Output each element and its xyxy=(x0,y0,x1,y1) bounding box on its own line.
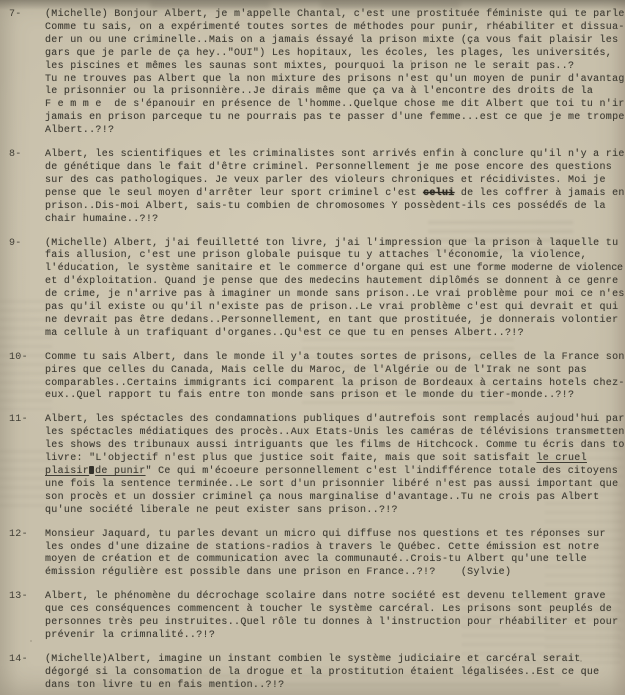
text-segment: Comme tu sais Albert, dans le monde il y… xyxy=(45,352,625,363)
scanned-document: { "page": { "background_color": "#c8c0ab… xyxy=(0,0,625,695)
text-segment: de les coffrer à jamais en xyxy=(455,188,625,199)
text-segment: der un ou une criminelle..Mais on a jama… xyxy=(45,35,618,46)
text-segment: comparables..Certains immigrants ici com… xyxy=(45,378,625,389)
question-line: Albert..?!? xyxy=(45,125,625,138)
question-line: qu'une société liberale ne peut exister … xyxy=(45,505,625,518)
text-segment: sur des cas pathologiques. Je veux parle… xyxy=(45,175,606,186)
question-line: Albert, le phénomène du décrochage scola… xyxy=(45,591,625,604)
question-text: Albert, le phénomène du décrochage scola… xyxy=(45,591,625,643)
document-page: 7-(Michelle) Bonjour Albert, je m'appell… xyxy=(0,0,625,695)
text-segment: Tu ne trouves pas Albert que la non mixt… xyxy=(45,74,625,85)
question-line: ne devrait pas être dedans..Personnellem… xyxy=(45,315,625,328)
ink-smudge xyxy=(89,466,94,474)
question-line: Comme tu sais Albert, dans le monde il y… xyxy=(45,352,625,365)
question-line: fais allusion, c'est une prison globale … xyxy=(45,250,625,263)
question-line: son procès et un dossier criminel ça nou… xyxy=(45,492,625,505)
question-item: 12-Monsieur Jaquard, tu parles devant un… xyxy=(0,529,625,581)
question-number: 9- xyxy=(0,238,45,341)
question-item: 14-(Michelle)Albert, imagine un instant … xyxy=(0,654,625,693)
text-segment: jamais en prison parceque tu ne pourrais… xyxy=(45,112,625,123)
question-line: dans ton livre tu en fais mention..?!? xyxy=(45,680,625,693)
text-segment: son procès et un dossier criminel ça nou… xyxy=(45,492,600,503)
text-segment: prévenir la crimnalité..?!? xyxy=(45,630,215,641)
question-item: 13-Albert, le phénomène du décrochage sc… xyxy=(0,591,625,643)
question-text: Comme tu sais Albert, dans le monde il y… xyxy=(45,352,625,404)
question-line: livre: "L'objectif n'est plus que justic… xyxy=(45,453,625,466)
text-segment: (Michelle) Bonjour Albert, je m'appelle … xyxy=(45,9,625,20)
question-line: (Michelle)Albert, imagine un instant com… xyxy=(45,654,625,667)
text-segment: prison..Dis-moi Albert, sais-tu combien … xyxy=(45,201,606,212)
question-number: 12- xyxy=(0,529,45,581)
question-line: prévenir la crimnalité..?!? xyxy=(45,630,625,643)
text-segment: (Michelle)Albert, imagine un instant com… xyxy=(45,654,581,665)
text-segment: livre: "L'objectif n'est plus que justic… xyxy=(45,453,536,464)
underlined-phrase: de punir xyxy=(95,466,145,477)
text-segment: " Ce qui m'écoeure personnellement c'est… xyxy=(146,466,619,477)
text-segment: les piscines et mêmes les saunas sont mi… xyxy=(45,61,574,72)
question-line: de génétique dans le fait d'être crimine… xyxy=(45,162,625,175)
question-line: personnes très peu instruites..Quel rôle… xyxy=(45,617,625,630)
text-segment: fais allusion, c'est une prison globale … xyxy=(45,250,587,261)
question-line: de crime, je n'arrive pas à imaginer un … xyxy=(45,289,625,302)
text-segment: une fois la sentence terminée..Le sort d… xyxy=(45,479,618,490)
text-segment: qu'une société liberale ne peut exister … xyxy=(45,505,398,516)
underlined-phrase: plaisir xyxy=(45,466,89,477)
text-segment: Comme tu sais, on a expérimenté toutes s… xyxy=(45,22,625,33)
text-segment: que ces conséquences commencent à touche… xyxy=(45,604,612,615)
question-line: (Michelle) Bonjour Albert, je m'appelle … xyxy=(45,9,625,22)
question-line: que ces conséquences commencent à touche… xyxy=(45,604,625,617)
text-segment: eux..Quel rapport tu fais entre ton mond… xyxy=(45,390,574,401)
question-text: Albert, les scientifiques et les crimina… xyxy=(45,149,625,226)
question-line: pas qu'il existe ou qu'il n'existe pas d… xyxy=(45,302,625,315)
text-segment: les ondes d'une dizaine de stations-radi… xyxy=(45,542,600,553)
text-segment: pas qu'il existe ou qu'il n'existe pas d… xyxy=(45,302,618,313)
text-segment: ne devrait pas être dedans..Personnellem… xyxy=(45,315,618,326)
question-item: 11-Albert, les spéctacles des condamnati… xyxy=(0,414,625,517)
text-segment: d'organe qui est une forme moderne de vi… xyxy=(354,263,623,274)
text-segment: émission régulière est possible dans une… xyxy=(45,567,511,578)
question-line: F e m m e de s'épanouir en présence de l… xyxy=(45,99,625,112)
question-line: sur des cas pathologiques. Je veux parle… xyxy=(45,175,625,188)
question-line: Albert, les spéctacles des condamnations… xyxy=(45,414,625,427)
question-item: 9-(Michelle) Albert, j'ai feuilletté ton… xyxy=(0,238,625,341)
question-line: et d'éxploitation. Quand je pense que de… xyxy=(45,276,625,289)
question-item: 7-(Michelle) Bonjour Albert, je m'appell… xyxy=(0,9,625,138)
text-segment: les shows des tribunaux aussi intriguant… xyxy=(45,440,625,451)
question-text: Albert, les spéctacles des condamnations… xyxy=(45,414,625,517)
question-line: plaisirde punir" Ce qui m'écoeure person… xyxy=(45,466,625,479)
question-line: les ondes d'une dizaine de stations-radi… xyxy=(45,542,625,555)
question-item: 10-Comme tu sais Albert, dans le monde i… xyxy=(0,352,625,404)
question-number: 7- xyxy=(0,9,45,138)
question-line: les piscines et mêmes les saunas sont mi… xyxy=(45,61,625,74)
question-line: pires que celles du Canada, Mais celle d… xyxy=(45,365,625,378)
text-segment: gars que je parle de ça hey.."OUI") Les … xyxy=(45,48,612,59)
question-line: eux..Quel rapport tu fais entre ton mond… xyxy=(45,390,625,403)
text-segment: (Michelle) Albert, j'ai feuilletté ton l… xyxy=(45,238,618,249)
text-segment: Albert, les spéctacles des condamnations… xyxy=(45,414,625,425)
question-number: 8- xyxy=(0,149,45,226)
question-number: 14- xyxy=(0,654,45,693)
question-line: les spéctacles médiatiques des procès..A… xyxy=(45,427,625,440)
question-line: le prisonnier ou la prisonnière..Je dira… xyxy=(45,86,625,99)
question-text: Monsieur Jaquard, tu parles devant un mi… xyxy=(45,529,625,581)
text-segment: dégorgé si la consomation de la drogue e… xyxy=(45,667,600,678)
question-line: comparables..Certains immigrants ici com… xyxy=(45,378,625,391)
question-line: moyen de création et de communication av… xyxy=(45,554,625,567)
struck-word: celui xyxy=(423,188,455,199)
text-segment: l'éducation, le système sanitaire et le … xyxy=(45,263,354,274)
text-segment: moyen de création et de communication av… xyxy=(45,554,587,565)
text-segment: de génétique dans le fait d'être crimine… xyxy=(45,162,612,173)
question-text: (Michelle) Bonjour Albert, je m'appelle … xyxy=(45,9,625,138)
text-segment: Monsieur Jaquard, tu parles devant un mi… xyxy=(45,529,606,540)
question-number: 11- xyxy=(0,414,45,517)
question-line: Tu ne trouves pas Albert que la non mixt… xyxy=(45,74,625,87)
question-text: (Michelle)Albert, imagine un instant com… xyxy=(45,654,625,693)
question-line: Albert, les scientifiques et les crimina… xyxy=(45,149,625,162)
text-segment: pires que celles du Canada, Mais celle d… xyxy=(45,365,587,376)
question-line: dégorgé si la consomation de la drogue e… xyxy=(45,667,625,680)
question-line: (Michelle) Albert, j'ai feuilletté ton l… xyxy=(45,238,625,251)
question-line: chair humaine..?!? xyxy=(45,214,625,227)
text-segment: et d'éxploitation. Quand je pense que de… xyxy=(45,276,618,287)
question-line: les shows des tribunaux aussi intriguant… xyxy=(45,440,625,453)
text-segment: ma cellule à un trafiquant d'organes..Qu… xyxy=(45,328,524,339)
question-text: (Michelle) Albert, j'ai feuilletté ton l… xyxy=(45,238,625,341)
question-number: 10- xyxy=(0,352,45,404)
question-line: jamais en prison parceque tu ne pourrais… xyxy=(45,112,625,125)
question-line: émission régulière est possible dans une… xyxy=(45,567,625,580)
question-line: Monsieur Jaquard, tu parles devant un mi… xyxy=(45,529,625,542)
text-segment: Albert, le phénomène du décrochage scola… xyxy=(45,591,606,602)
question-line: pense que le seul moyen d'arrêter leur s… xyxy=(45,188,625,201)
text-segment: F e m m e de s'épanouir en présence de l… xyxy=(45,99,625,110)
text-segment: les spéctacles médiatiques des procès..A… xyxy=(45,427,625,438)
text-segment: Albert..?!? xyxy=(45,125,114,136)
text-segment: Albert, les scientifiques et les crimina… xyxy=(45,149,625,160)
question-line: prison..Dis-moi Albert, sais-tu combien … xyxy=(45,201,625,214)
question-line: Comme tu sais, on a expérimenté toutes s… xyxy=(45,22,625,35)
question-line: der un ou une criminelle..Mais on a jama… xyxy=(45,35,625,48)
underlined-phrase: le cruel xyxy=(536,453,586,464)
question-item: 8-Albert, les scientifiques et les crimi… xyxy=(0,149,625,226)
question-line: gars que je parle de ça hey.."OUI") Les … xyxy=(45,48,625,61)
text-segment: pense que le seul moyen d'arrêter leur s… xyxy=(45,188,423,199)
text-segment: chair humaine..?!? xyxy=(45,214,158,225)
question-line: ma cellule à un trafiquant d'organes..Qu… xyxy=(45,328,625,341)
question-number: 13- xyxy=(0,591,45,643)
text-segment: dans ton livre tu en fais mention..?!? xyxy=(45,680,284,691)
text-segment: personnes très peu instruites..Quel rôle… xyxy=(45,617,618,628)
text-segment: de crime, je n'arrive pas à imaginer un … xyxy=(45,289,625,300)
question-line: une fois la sentence terminée..Le sort d… xyxy=(45,479,625,492)
text-segment: le prisonnier ou la prisonnière..Je dira… xyxy=(45,86,593,97)
question-line: l'éducation, le système sanitaire et le … xyxy=(45,263,625,276)
